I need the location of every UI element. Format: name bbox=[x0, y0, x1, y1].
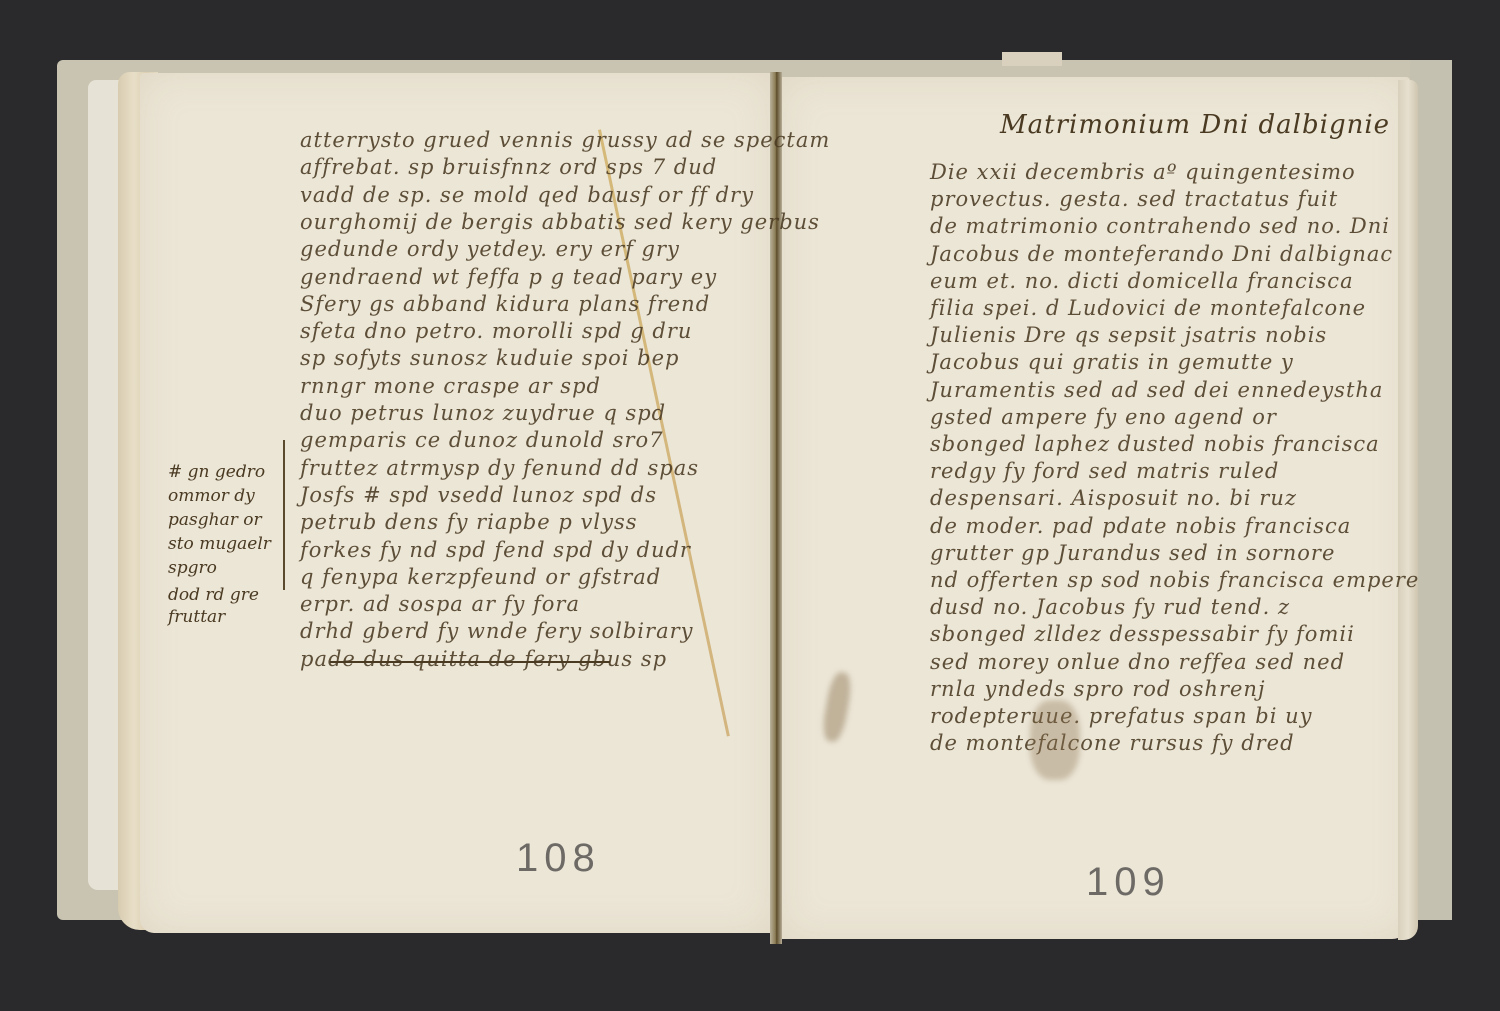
manuscript-line: vadd de sp. se mold qed bausf or ff dry bbox=[300, 183, 754, 207]
manuscript-line: petrub dens fy riapbe p vlyss bbox=[300, 510, 638, 534]
manuscript-line: atterrysto grued vennis grussy ad se spe… bbox=[300, 128, 830, 152]
manuscript-line: pade dus quitta de fery gbus sp bbox=[300, 647, 667, 671]
manuscript-line: despensari. Aisposuit no. bi ruz bbox=[930, 486, 1297, 510]
manuscript-line: Sfery gs abband kidura plans frend bbox=[300, 292, 710, 316]
manuscript-line: erpr. ad sospa ar fy fora bbox=[300, 592, 580, 616]
manuscript-line: Juramentis sed ad sed dei ennedeystha bbox=[930, 378, 1383, 402]
manuscript-line: provectus. gesta. sed tractatus fuit bbox=[930, 187, 1338, 211]
manuscript-line: q fenypa kerzpfeund or gfstrad bbox=[300, 565, 661, 589]
manuscript-line: ourghomij de bergis abbatis sed kery ger… bbox=[300, 210, 820, 234]
manuscript-line: rodepteruue. prefatus span bi uy bbox=[930, 704, 1313, 728]
page-heading: Matrimonium Dni dalbignie bbox=[1000, 110, 1390, 140]
margin-note: dod rd gre bbox=[168, 585, 259, 605]
binding-tab bbox=[1002, 52, 1062, 66]
manuscript-line: de montefalcone rursus fy dred bbox=[930, 731, 1295, 755]
manuscript-line: Josfs # spd vsedd lunoz spd ds bbox=[300, 483, 657, 507]
manuscript-line: gedunde ordy yetdey. ery erf gry bbox=[300, 237, 680, 261]
manuscript-line: rnla yndeds spro rod oshrenj bbox=[930, 677, 1265, 701]
margin-note: spgro bbox=[168, 558, 217, 578]
manuscript-line: Die xxii decembris aº quingentesimo bbox=[930, 160, 1356, 184]
manuscript-line: grutter gp Jurandus sed in sornore bbox=[930, 541, 1335, 565]
manuscript-line: Julienis Dre qs sepsit jsatris nobis bbox=[930, 323, 1327, 347]
manuscript-line: sed morey onlue dno reffea sed ned bbox=[930, 650, 1345, 674]
manuscript-line: redgy fy ford sed matris ruled bbox=[930, 459, 1279, 483]
manuscript-line: de matrimonio contrahendo sed no. Dni bbox=[930, 214, 1390, 238]
manuscript-line: Jacobus de monteferando Dni dalbignac bbox=[930, 242, 1393, 266]
manuscript-line: sfeta dno petro. morolli spd g dru bbox=[300, 319, 692, 343]
manuscript-line: gsted ampere fy eno agend or bbox=[930, 405, 1277, 429]
margin-note: fruttar bbox=[168, 607, 225, 627]
manuscript-line: forkes fy nd spd fend spd dy dudr bbox=[300, 538, 691, 562]
page-number-left: 108 bbox=[516, 836, 601, 881]
manuscript-line: gemparis ce dunoz dunold sro7 bbox=[300, 428, 663, 452]
manuscript-line: gendraend wt feffa p g tead pary ey bbox=[300, 265, 717, 289]
manuscript-line: affrebat. sp bruisfnnz ord sps 7 dud bbox=[300, 155, 717, 179]
manuscript-line: sbonged laphez dusted nobis francisca bbox=[930, 432, 1380, 456]
manuscript-line: drhd gberd fy wnde fery solbirary bbox=[300, 619, 694, 643]
manuscript-line: de moder. pad pdate nobis francisca bbox=[930, 514, 1351, 538]
margin-note: ommor dy bbox=[168, 486, 255, 506]
manuscript-line: nd offerten sp sod nobis francisca emper… bbox=[930, 568, 1419, 592]
manuscript-line: dusd no. Jacobus fy rud tend. z bbox=[930, 595, 1290, 619]
strikethrough-mark bbox=[330, 661, 610, 663]
manuscript-line: filia spei. d Ludovici de montefalcone bbox=[930, 296, 1366, 320]
manuscript-line: sbonged zlldez desspessabir fy fomii bbox=[930, 622, 1355, 646]
manuscript-line: rnngr mone craspe ar spd bbox=[300, 374, 601, 398]
right-page-stack bbox=[1398, 80, 1418, 940]
margin-note: sto mugaelr bbox=[168, 534, 271, 554]
manuscript-line: duo petrus lunoz zuydrue q spd bbox=[300, 401, 666, 425]
manuscript-line: sp sofyts sunosz kuduie spoi bep bbox=[300, 346, 679, 370]
margin-bracket bbox=[283, 440, 285, 590]
manuscript-line: fruttez atrmysp dy fenund dd spas bbox=[300, 456, 699, 480]
ink-smudge-icon bbox=[1030, 700, 1080, 780]
margin-note: # gn gedro bbox=[168, 462, 265, 482]
margin-note: pasghar or bbox=[168, 510, 262, 530]
book-gutter bbox=[770, 72, 782, 944]
manuscript-line: eum et. no. dicti domicella francisca bbox=[930, 269, 1354, 293]
manuscript-line: Jacobus qui gratis in gemutte y bbox=[930, 350, 1294, 374]
page-number-right: 109 bbox=[1086, 860, 1171, 905]
